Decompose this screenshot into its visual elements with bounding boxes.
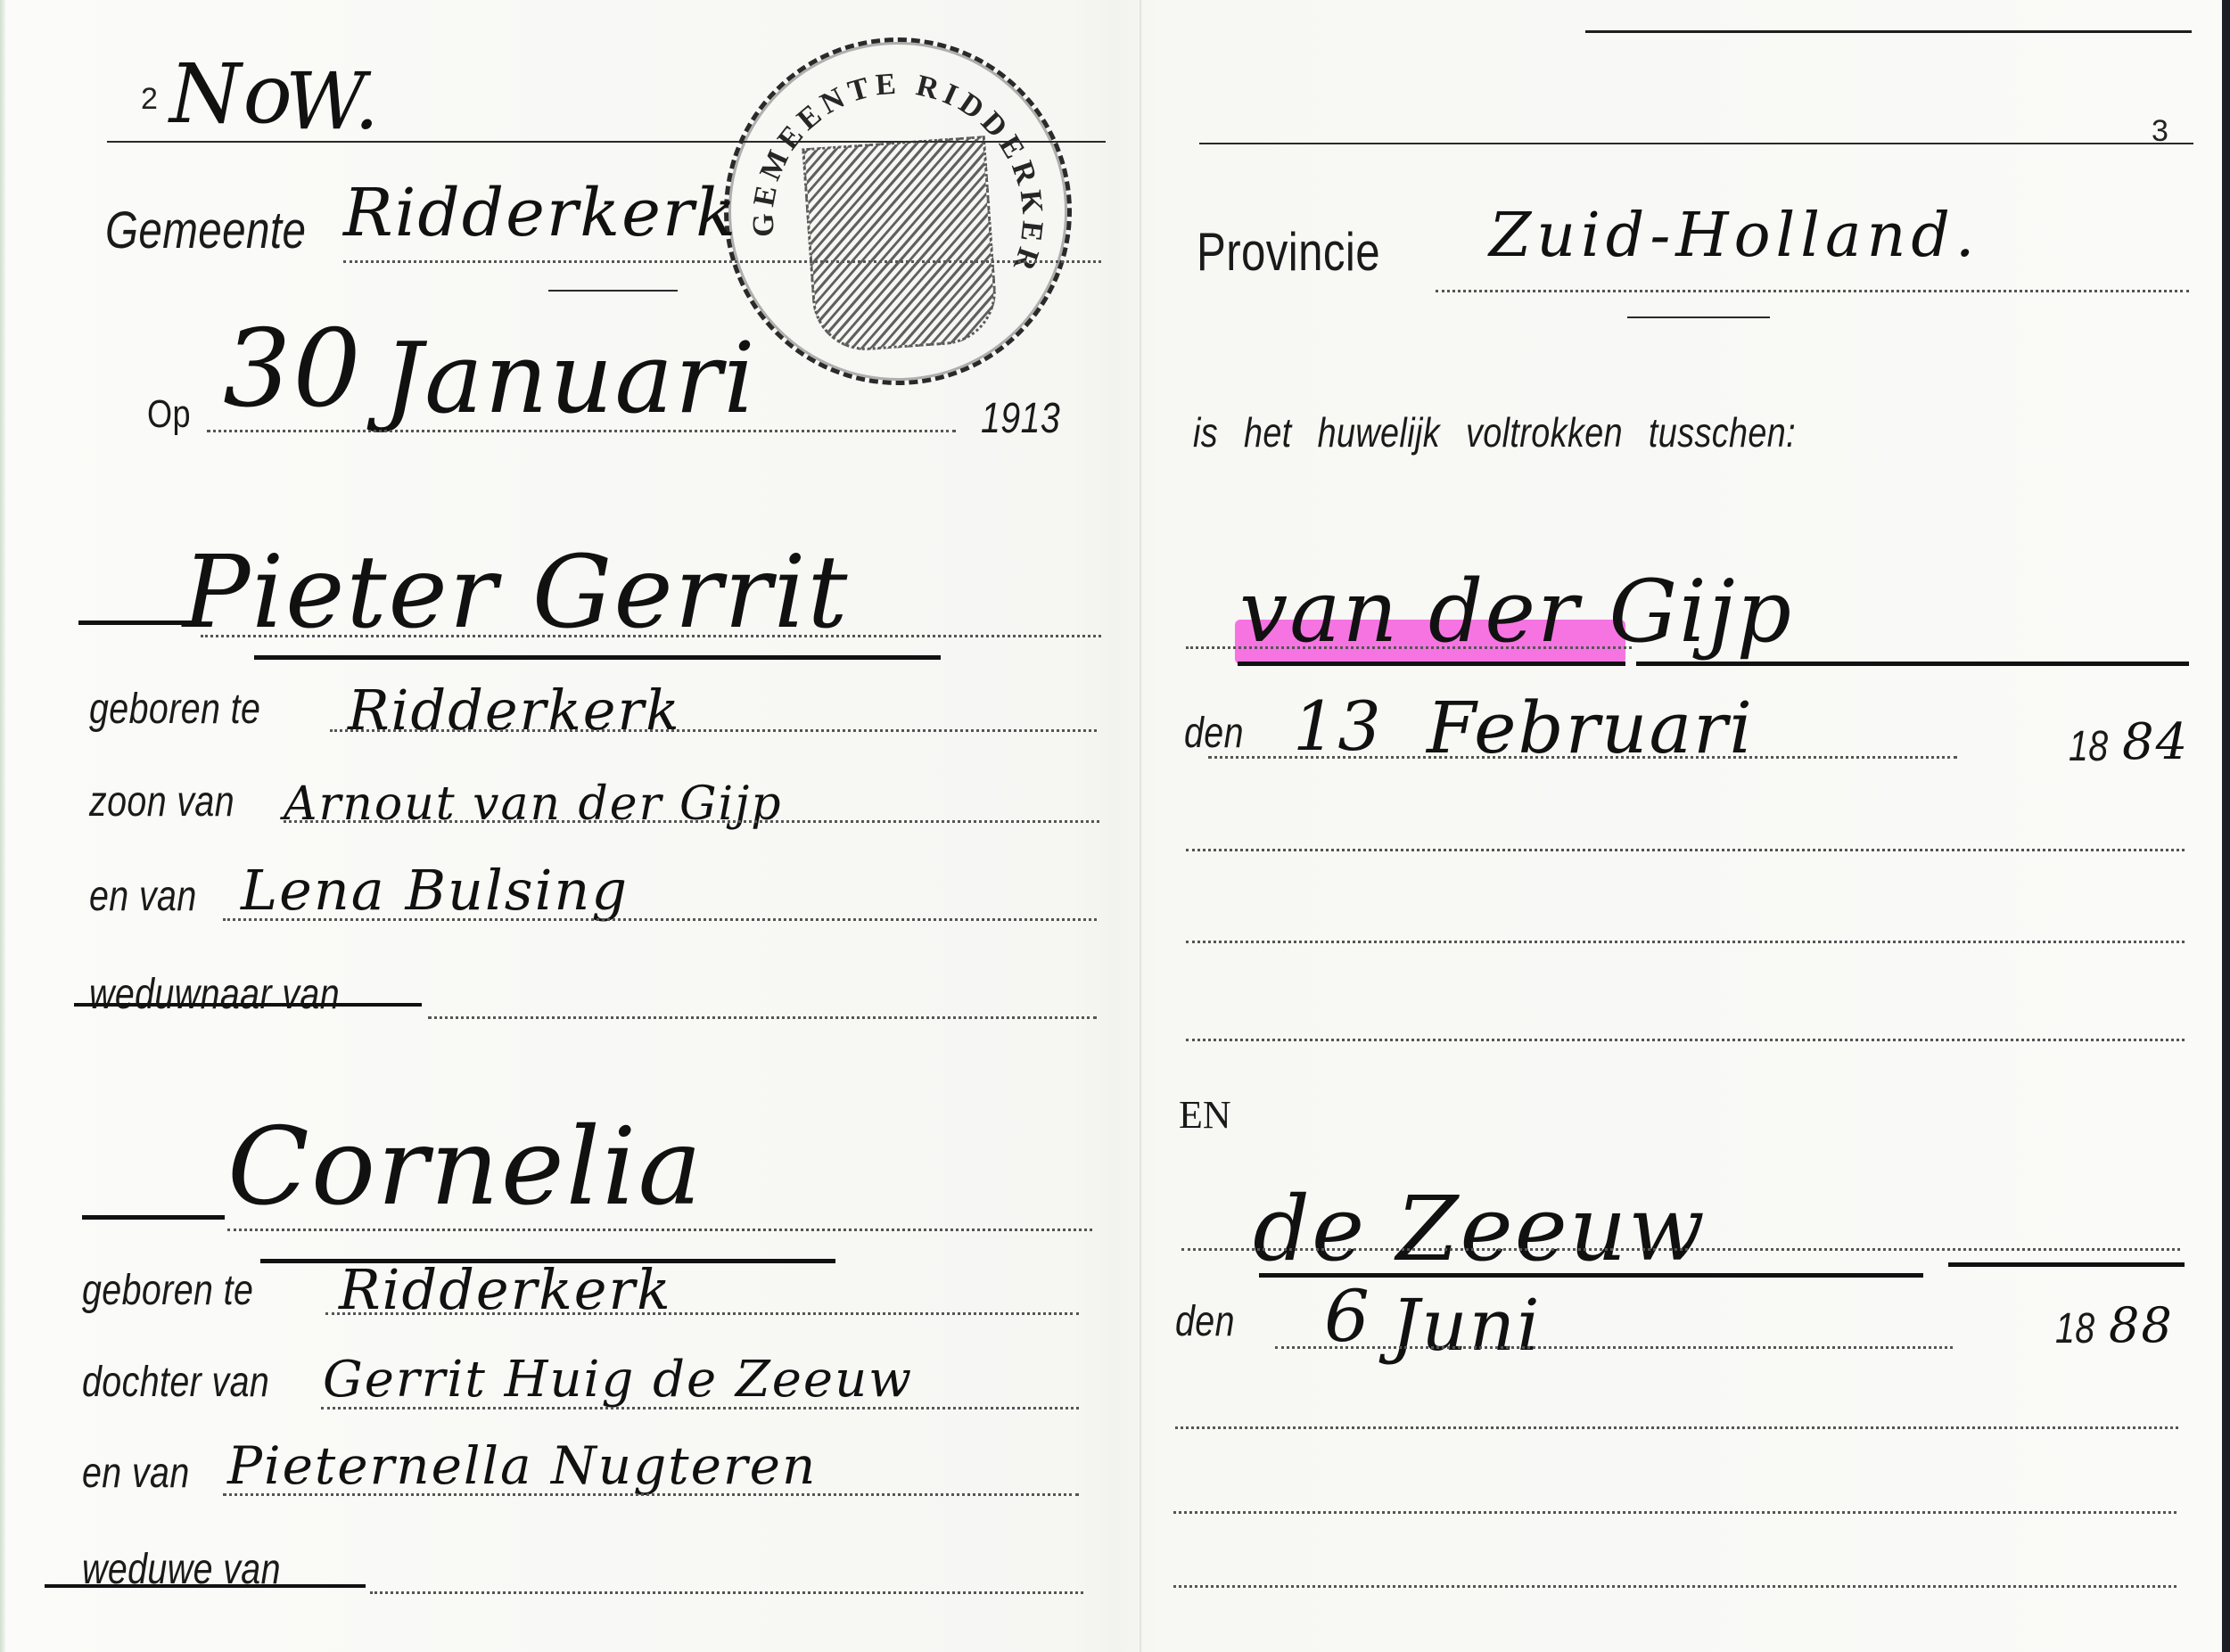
groom-widower-label: weduwnaar van — [89, 970, 340, 1019]
groom-given-names: Pieter Gerrit — [183, 535, 850, 651]
separator-en: EN — [1179, 1092, 1231, 1138]
groom-birth-day: 13 — [1293, 686, 1383, 766]
record-number-label: No — [169, 46, 294, 142]
groom-father-dotted-line — [284, 820, 1099, 823]
bride-name-dotted-line — [227, 1229, 1092, 1231]
marriage-statement: is het huwelijk voltrokken tusschen: — [1193, 408, 1796, 456]
groom-born-dotted-line — [330, 729, 1097, 732]
right-blank-line-6 — [1173, 1585, 2177, 1588]
widow-strikethrough — [45, 1584, 366, 1588]
bride-mother-dotted-line — [223, 1493, 1079, 1496]
bride-birth-dotted-line — [1275, 1346, 1953, 1349]
date-prefix: Op — [147, 392, 191, 437]
date-dotted-line — [207, 430, 956, 432]
bride-widow-dotted-line — [370, 1591, 1083, 1594]
marriage-month: Januari — [383, 321, 757, 435]
scan-right-edge — [2222, 0, 2230, 1652]
right-blank-line-2 — [1186, 941, 2185, 943]
groom-mother: Lena Bulsing — [241, 858, 629, 923]
provincie-dotted-line — [1436, 290, 2189, 292]
right-blank-line-1 — [1186, 849, 2185, 851]
bride-mother: Pieternella Nugteren — [227, 1435, 817, 1496]
marriage-day: 30 — [223, 308, 363, 431]
right-blank-line-3 — [1186, 1039, 2185, 1041]
bride-surname: de Zeeuw — [1253, 1177, 1707, 1281]
groom-father: Arnout van der Gijp — [284, 777, 783, 831]
paper-left-edge — [0, 0, 5, 1652]
provincie-value: Zuid-Holland. — [1489, 201, 1980, 271]
bride-father: Gerrit Huig de Zeeuw — [323, 1351, 913, 1409]
bride-birth-year-written: 88 — [2109, 1297, 2174, 1353]
widower-strikethrough — [74, 1003, 422, 1007]
groom-surname-trailing-rule — [1636, 662, 2189, 666]
bride-father-label: dochter van — [82, 1358, 269, 1407]
record-number-value: W. — [285, 55, 381, 147]
marriage-year: 1913 — [981, 394, 1060, 443]
groom-birth-dotted-line — [1208, 756, 1957, 759]
right-header-rule — [1199, 143, 2193, 144]
gemeente-value: Ridderkerk — [343, 175, 737, 251]
left-page-number: 2 — [141, 82, 158, 117]
bride-born-label: geboren te — [82, 1266, 253, 1315]
page-fold — [1140, 0, 1141, 1652]
groom-name-lead-rule — [78, 621, 199, 625]
bride-surname-dotted-line — [1181, 1248, 2180, 1251]
bride-born-date-label: den — [1175, 1297, 1235, 1346]
groom-birth-year-written: 84 — [2122, 713, 2189, 771]
groom-birth-year-printed: 18 — [2069, 722, 2109, 771]
groom-born-label: geboren te — [89, 685, 260, 734]
gemeente-dotted-line — [343, 260, 1101, 263]
bride-given-names: Cornelia — [227, 1105, 704, 1229]
bride-father-dotted-line — [321, 1407, 1079, 1410]
bride-name-lead-rule — [82, 1215, 225, 1220]
stamp-text: GEMEENTE RIDDERKERK — [728, 42, 1067, 381]
bride-mother-label: en van — [82, 1449, 190, 1498]
bride-birth-month: Juni — [1391, 1284, 1542, 1367]
right-top-rule — [1585, 30, 2192, 33]
municipal-seal-icon: GEMEENTE RIDDERKERK — [724, 37, 1072, 385]
groom-widower-dotted-line — [428, 1016, 1097, 1019]
groom-birthplace: Ridderkerk — [348, 678, 681, 743]
provincie-label: Provincie — [1197, 221, 1380, 283]
bride-born-dotted-line — [325, 1312, 1079, 1315]
groom-surname-underline — [1238, 662, 1625, 666]
bride-birth-year-printed: 18 — [2055, 1304, 2095, 1353]
bride-surname-trailing-rule — [1948, 1262, 2185, 1267]
groom-mother-dotted-line — [223, 918, 1097, 921]
right-blank-line-4 — [1175, 1426, 2178, 1429]
gemeente-short-rule — [548, 290, 678, 292]
groom-name-dotted-line — [201, 635, 1101, 637]
groom-born-date-label: den — [1184, 709, 1244, 758]
groom-mother-label: en van — [89, 872, 197, 921]
groom-surname: van der Gijp — [1239, 562, 1793, 662]
groom-name-underline — [254, 655, 941, 660]
gemeente-label: Gemeente — [105, 201, 306, 260]
svg-text:GEMEENTE RIDDERKERK: GEMEENTE RIDDERKERK — [728, 42, 1049, 280]
groom-father-label: zoon van — [89, 777, 235, 826]
right-blank-line-5 — [1173, 1511, 2177, 1514]
provincie-short-rule — [1627, 316, 1770, 318]
